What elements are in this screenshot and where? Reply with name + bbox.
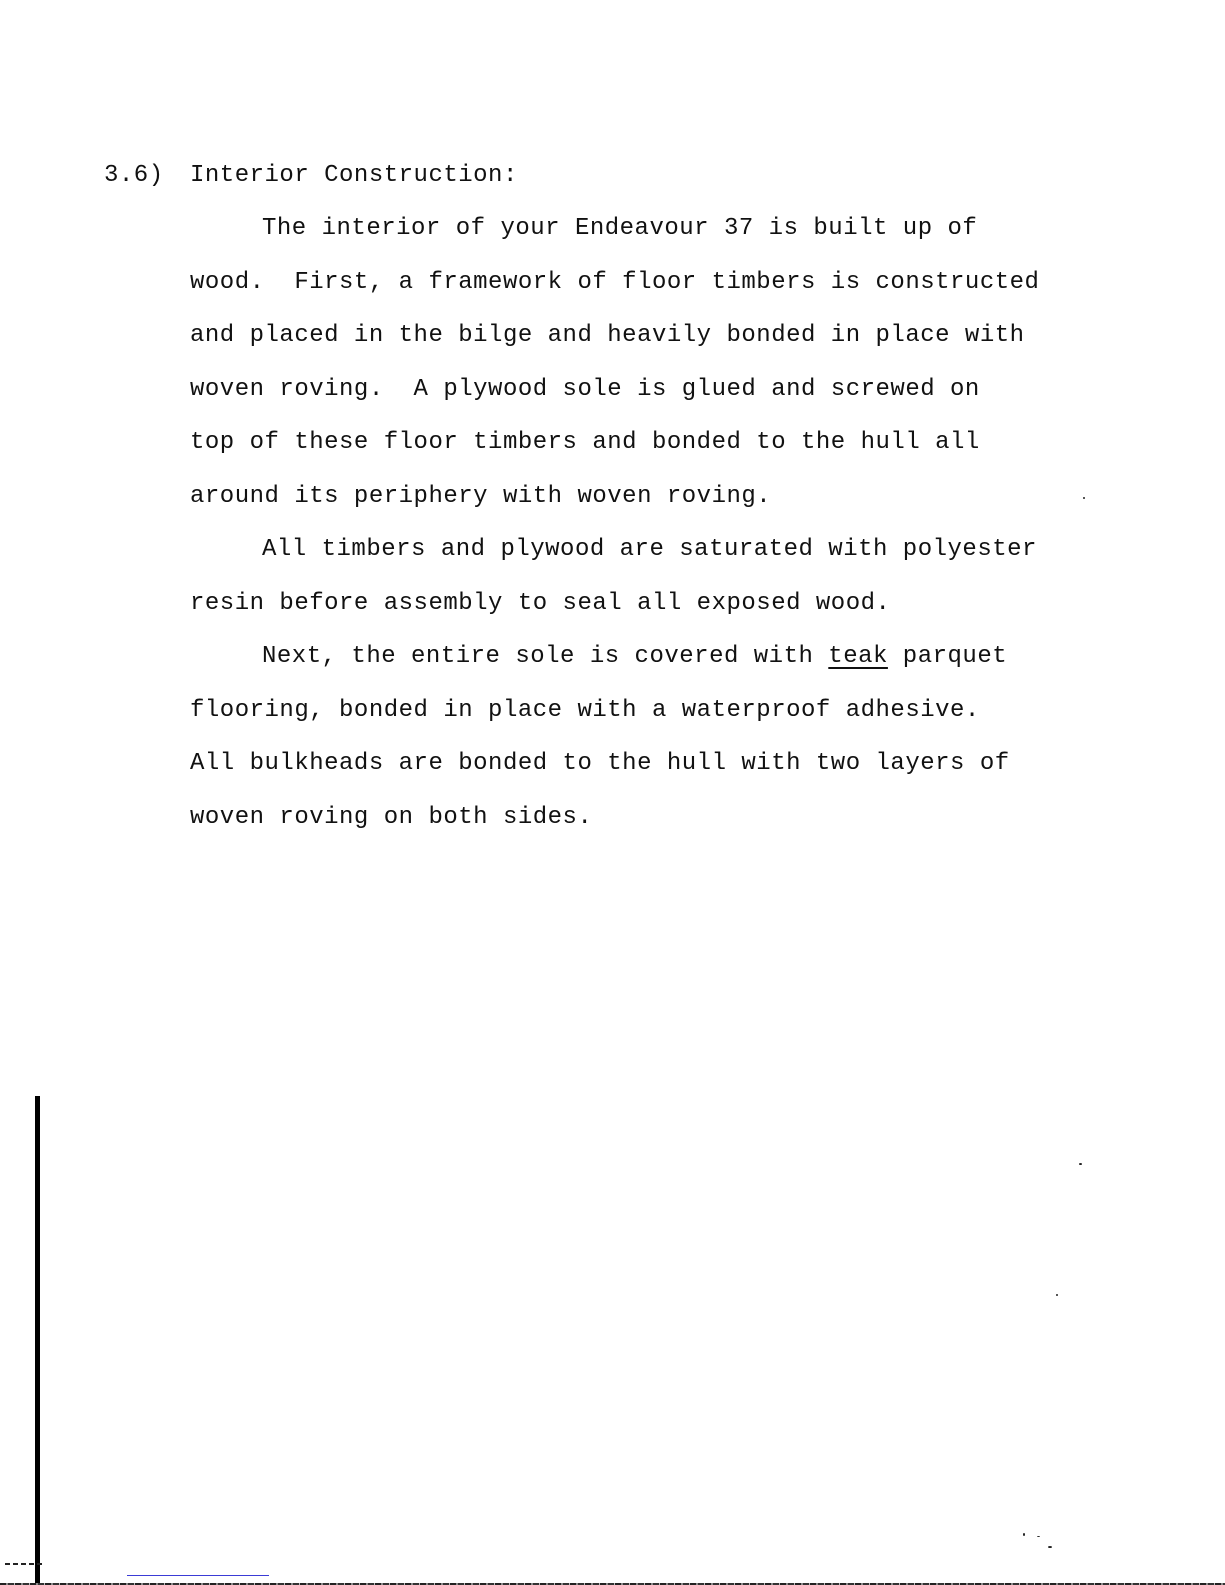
text-line: All timbers and plywood are saturated wi…	[190, 536, 1090, 590]
text-line: top of these floor timbers and bonded to…	[190, 429, 1090, 483]
text-line: Next, the entire sole is covered with te…	[190, 643, 1090, 697]
scan-speck	[1056, 1294, 1058, 1296]
text-line: The interior of your Endeavour 37 is bui…	[190, 215, 1090, 269]
scan-speck	[1048, 1546, 1052, 1548]
scan-artifact-blue-line	[127, 1575, 269, 1576]
body-text: The interior of your Endeavour 37 is bui…	[190, 215, 1090, 857]
text-line: woven roving on both sides.	[190, 804, 1090, 858]
scan-speck	[1079, 1163, 1082, 1165]
scan-speck	[1023, 1533, 1025, 1536]
text-line: around its periphery with woven roving.	[190, 483, 1090, 537]
scan-margin-bar	[35, 1096, 40, 1585]
text-line: woven roving. A plywood sole is glued an…	[190, 376, 1090, 430]
text-line: and placed in the bilge and heavily bond…	[190, 322, 1090, 376]
scan-speck	[1037, 1536, 1040, 1537]
underlined-word: teak	[828, 643, 888, 670]
text-line: flooring, bonded in place with a waterpr…	[190, 697, 1090, 751]
text-segment: parquet	[888, 643, 1007, 670]
text-segment: Next, the entire sole is covered with	[262, 643, 828, 670]
section-title: Interior Construction:	[190, 162, 518, 190]
section-number: 3.6)	[104, 162, 164, 190]
text-line: wood. First, a framework of floor timber…	[190, 269, 1090, 323]
text-line: resin before assembly to seal all expose…	[190, 590, 1090, 644]
scan-artifact-tick	[5, 1563, 43, 1565]
scanned-page: 3.6) Interior Construction: The interior…	[0, 0, 1225, 1585]
scan-speck	[1083, 497, 1085, 499]
text-line: All bulkheads are bonded to the hull wit…	[190, 750, 1090, 804]
